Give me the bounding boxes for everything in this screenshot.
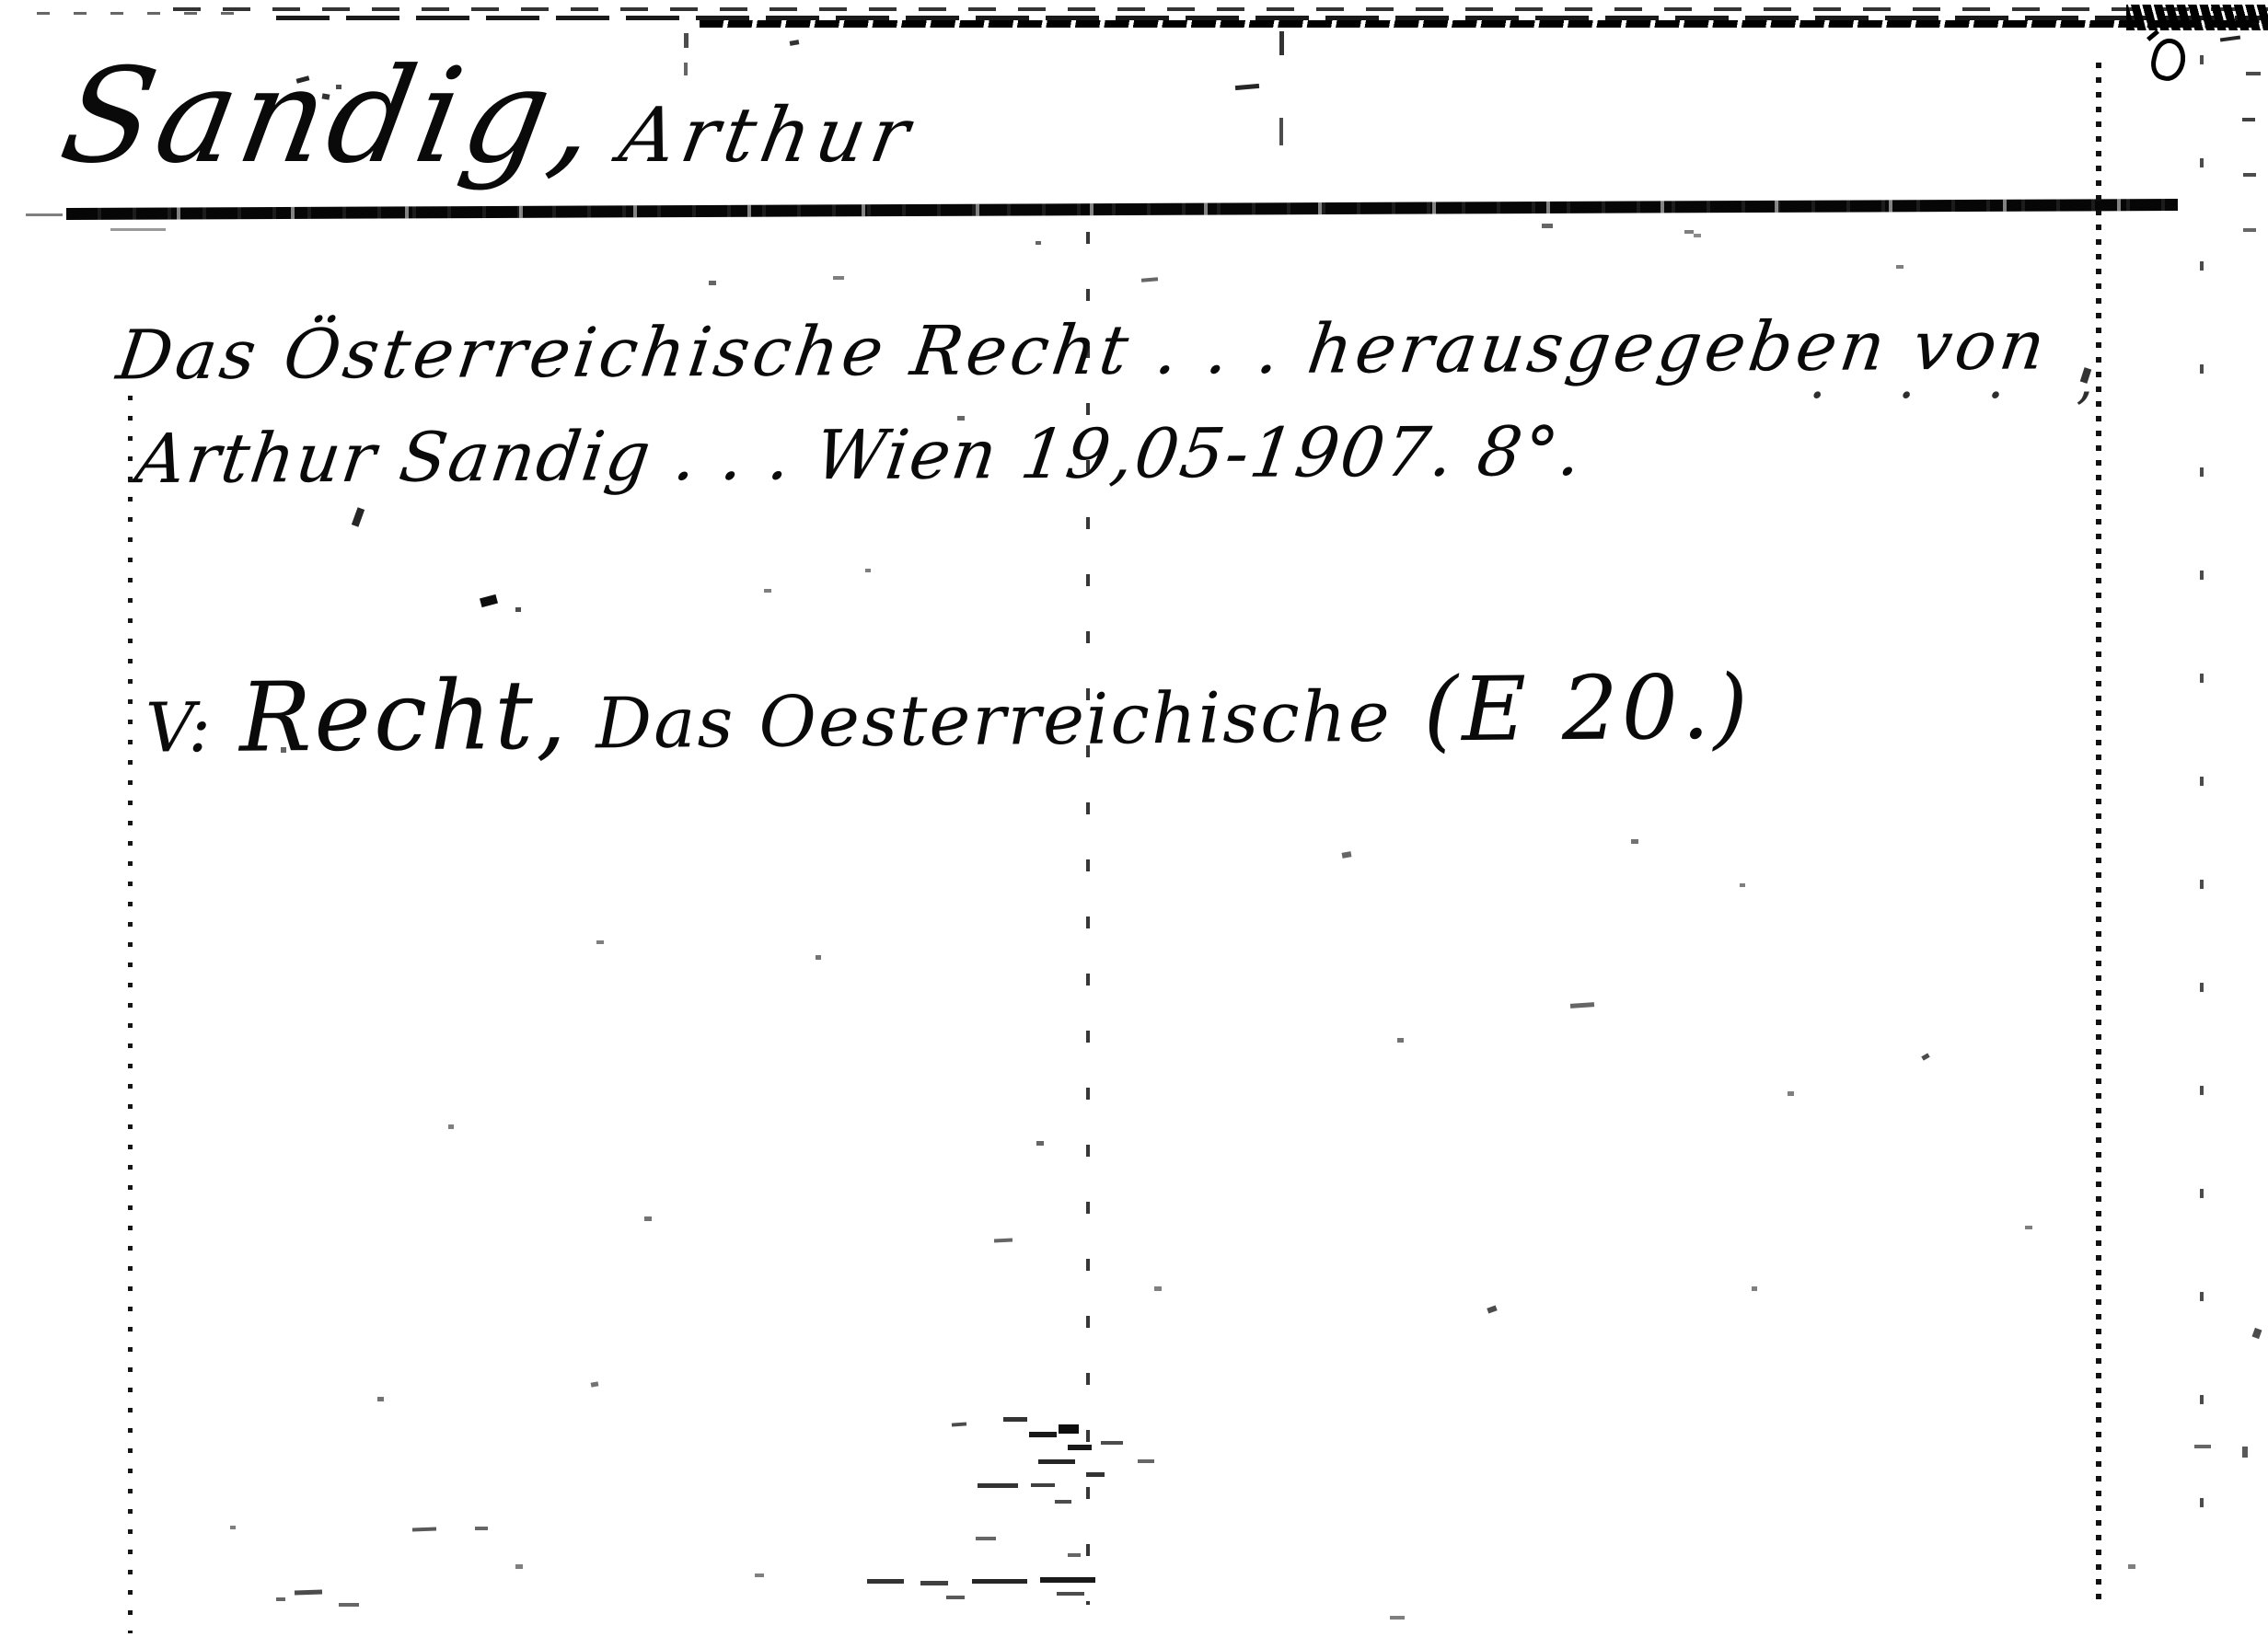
noise-speck	[1038, 1459, 1075, 1464]
noise-speck	[952, 1422, 966, 1426]
reference-prefix: V:	[145, 688, 212, 768]
noise-speck	[1921, 1053, 1929, 1060]
noise-speck	[322, 93, 330, 99]
noise-speck	[920, 1581, 948, 1585]
heading-forename: Arthur	[613, 92, 921, 179]
top-edge-artifact	[37, 12, 249, 15]
noise-speck	[994, 1238, 1012, 1242]
noise-speck	[976, 1537, 996, 1540]
noise-speck	[1235, 84, 1259, 90]
noise-speck	[591, 1381, 599, 1387]
noise-speck	[972, 1579, 1027, 1584]
noise-speck	[1788, 1091, 1794, 1096]
noise-speck	[515, 607, 521, 612]
noise-speck	[26, 213, 63, 216]
corner-oval-mark	[2147, 35, 2190, 84]
noise-speck	[1570, 1002, 1594, 1009]
corner-oval-tick	[2146, 29, 2159, 41]
top-edge-artifact	[2126, 5, 2268, 30]
noise-speck	[377, 1397, 384, 1401]
entry-line-2: Arthur Sandig . . . Wien 19,05-1907. 8°.	[131, 412, 1588, 499]
noise-speck	[295, 1589, 322, 1595]
noise-speck	[1342, 851, 1352, 859]
noise-speck	[1141, 277, 1158, 282]
noise-speck	[1003, 1417, 1027, 1422]
noise-speck	[1029, 1432, 1057, 1437]
noise-speck	[1101, 1441, 1123, 1445]
noise-speck	[1631, 839, 1638, 844]
noise-speck	[1752, 1286, 1757, 1291]
noise-speck	[339, 1603, 359, 1607]
noise-speck	[2252, 1328, 2262, 1339]
noise-speck	[865, 569, 871, 572]
catalog-card: Sandig,Arthur Das Österreichische Recht …	[0, 0, 2268, 1637]
top-edge-artifact	[700, 20, 2268, 28]
noise-speck	[1057, 1592, 1084, 1596]
noise-speck	[1684, 230, 1694, 234]
noise-speck	[276, 1597, 285, 1601]
noise-speck	[596, 940, 604, 944]
noise-speck	[684, 33, 688, 48]
noise-speck	[644, 1216, 652, 1221]
noise-speck	[1036, 1141, 1044, 1146]
noise-speck	[230, 1526, 236, 1529]
noise-speck	[2242, 1447, 2248, 1458]
noise-speck	[1055, 1500, 1071, 1504]
cross-reference-line: V: Recht, Das Oesterreichische (E 20.)	[145, 648, 1753, 774]
heading-divider-rule	[66, 199, 2178, 220]
noise-speck	[1279, 118, 1283, 145]
noise-speck	[1694, 234, 1701, 237]
noise-speck	[1390, 1616, 1405, 1620]
right-dotted-rule-line	[2096, 63, 2101, 1601]
reference-title: Recht,	[239, 659, 570, 774]
noise-speck	[2194, 1445, 2211, 1448]
noise-speck	[2220, 35, 2240, 41]
noise-speck	[480, 594, 498, 607]
noise-speck	[412, 1527, 436, 1532]
card-heading: Sandig,Arthur	[64, 40, 914, 192]
noise-speck	[448, 1124, 454, 1129]
heading-surname: Sandig,	[51, 40, 612, 192]
noise-speck	[1068, 1445, 1092, 1450]
noise-speck	[110, 228, 166, 231]
noise-speck	[764, 589, 771, 593]
noise-speck	[1487, 1305, 1497, 1313]
noise-speck	[1086, 1472, 1105, 1477]
noise-speck	[2243, 228, 2256, 232]
noise-speck	[2246, 72, 2261, 75]
noise-speck	[336, 85, 341, 89]
center-dashed-fold-line	[1086, 232, 1090, 1605]
right-edge-dashed-line	[2200, 55, 2204, 1574]
noise-speck	[1896, 265, 1903, 269]
entry-line-1: Das Österreichische Recht . . . herausge…	[112, 305, 2053, 395]
noise-speck	[946, 1596, 965, 1599]
noise-speck	[816, 955, 821, 960]
top-edge-artifact	[173, 7, 2268, 11]
left-dotted-rule-line	[128, 396, 133, 1633]
noise-speck	[1040, 1577, 1095, 1583]
noise-speck	[2025, 1226, 2032, 1229]
noise-speck	[1036, 241, 1041, 245]
noise-speck	[2128, 1564, 2135, 1569]
noise-speck	[515, 1564, 523, 1569]
noise-speck	[2243, 173, 2256, 177]
noise-speck	[1279, 31, 1284, 55]
noise-speck	[1740, 883, 1745, 887]
noise-speck	[352, 507, 364, 527]
noise-speck	[978, 1483, 1018, 1488]
noise-speck	[1397, 1038, 1404, 1043]
entry-line-1-trailing-dots: . . . ,	[1809, 348, 2121, 410]
noise-speck	[1059, 1424, 1079, 1434]
noise-speck	[1068, 1553, 1081, 1557]
noise-speck	[709, 281, 716, 285]
noise-speck	[475, 1527, 488, 1530]
noise-speck	[1031, 1483, 1055, 1487]
noise-speck	[1138, 1459, 1154, 1463]
noise-speck	[1542, 224, 1553, 228]
noise-speck	[755, 1574, 764, 1577]
noise-speck	[957, 416, 965, 421]
noise-speck	[867, 1579, 904, 1584]
noise-speck	[2242, 118, 2255, 121]
noise-speck	[1154, 1286, 1162, 1291]
noise-speck	[684, 63, 688, 75]
reference-shelfmark: (E 20.)	[1423, 655, 1752, 761]
noise-speck	[281, 747, 286, 753]
reference-subtitle: Das Oesterreichische	[596, 675, 1392, 765]
noise-speck	[833, 276, 844, 280]
